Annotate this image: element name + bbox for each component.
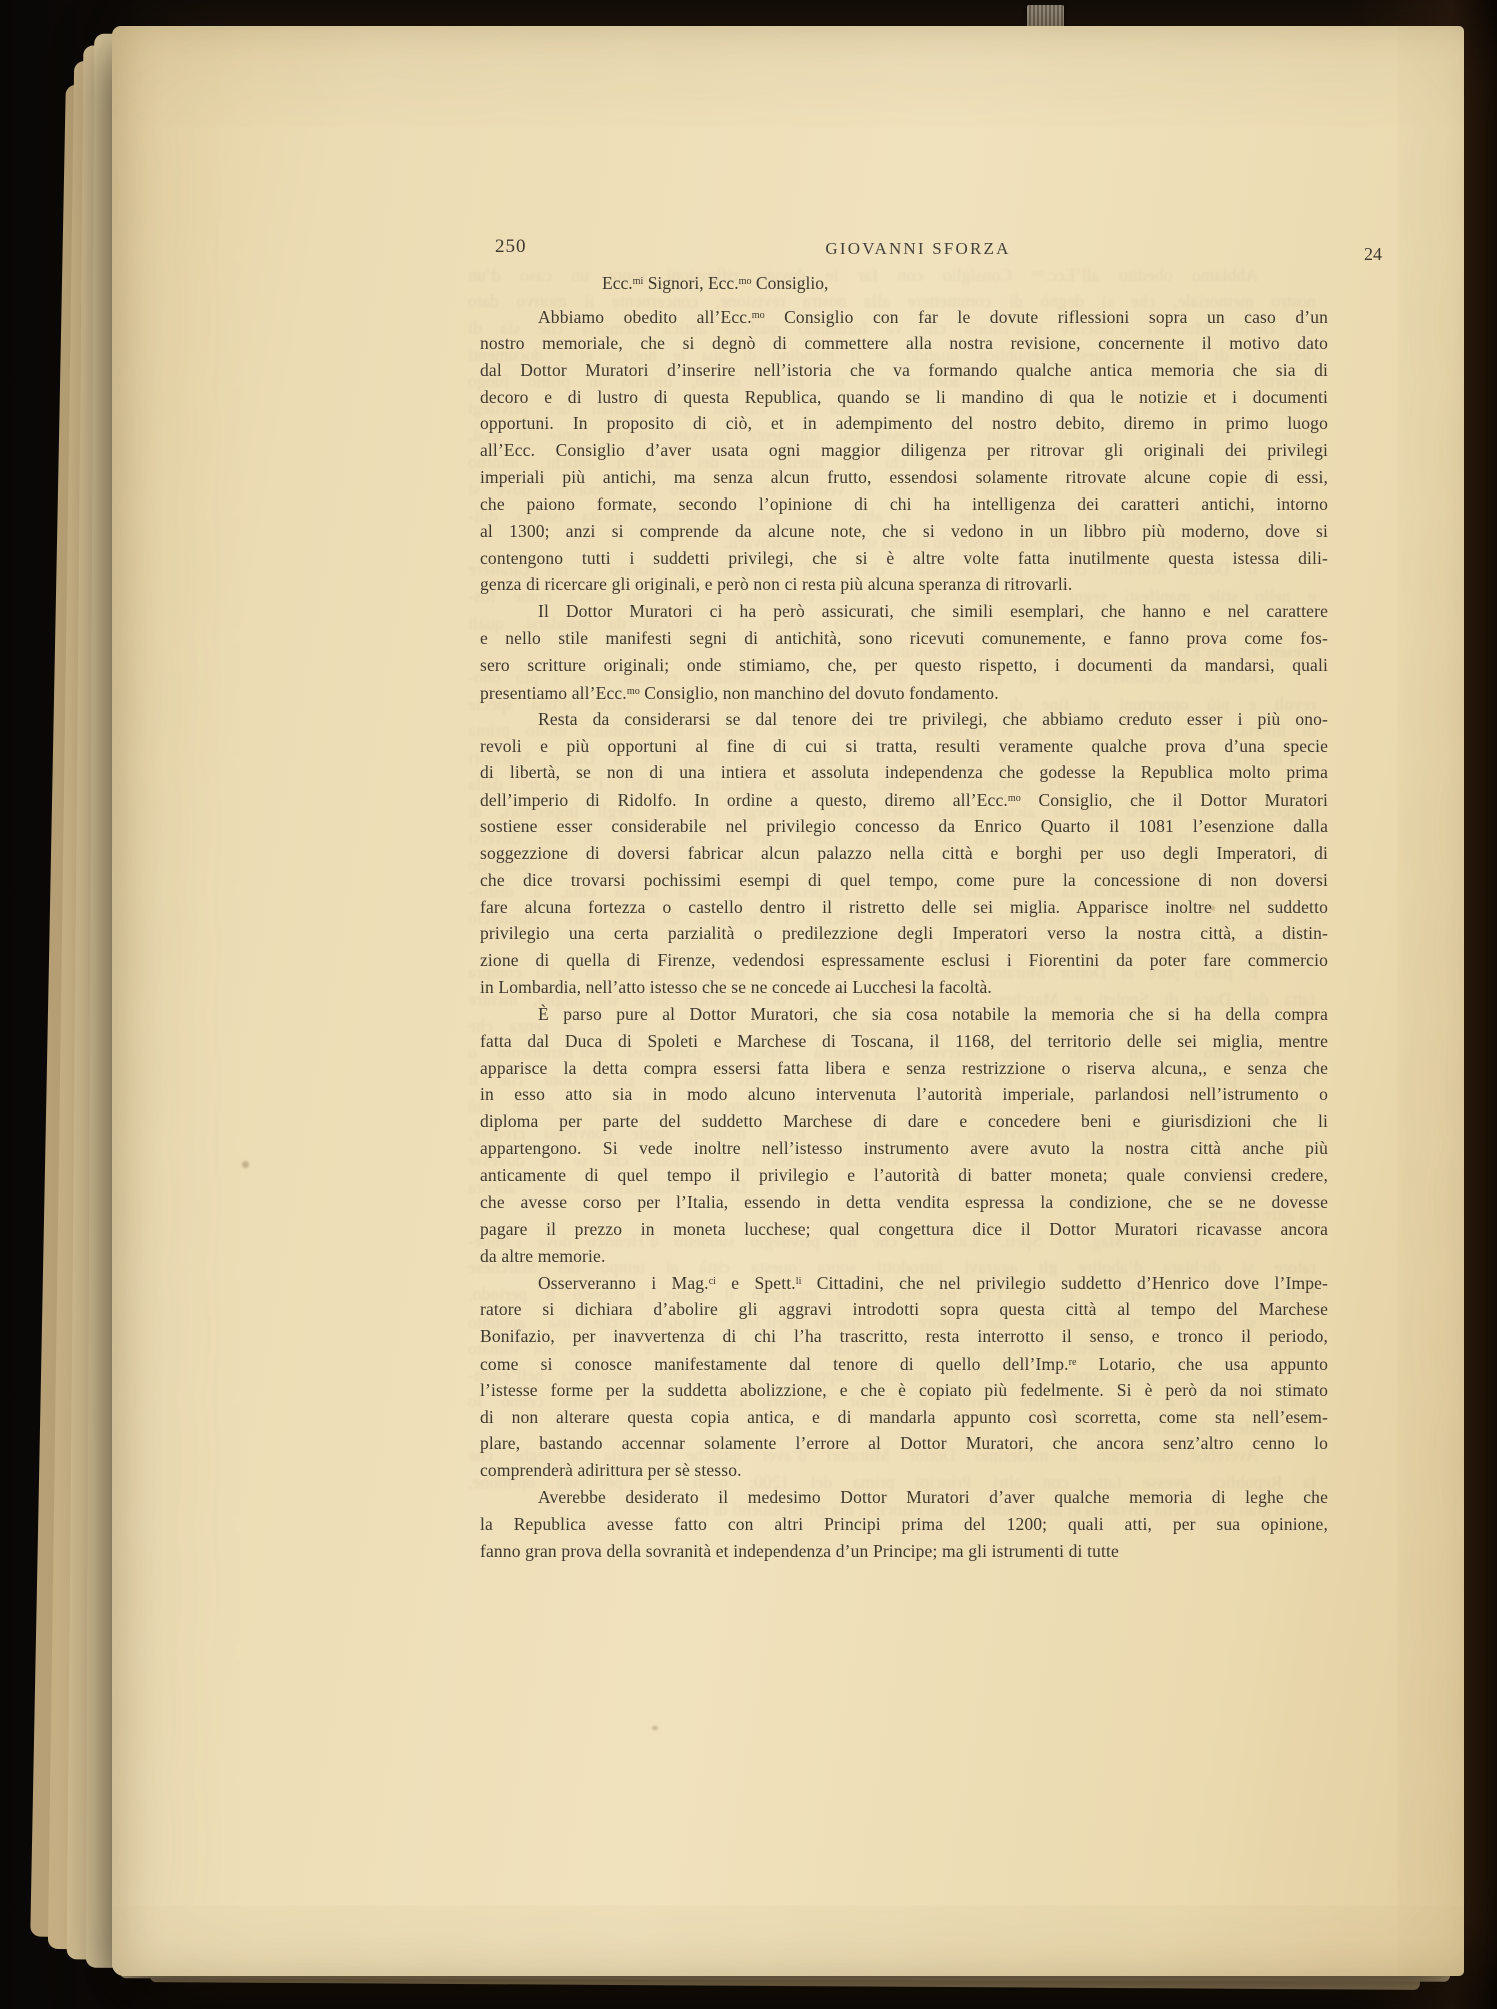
paper-speck — [242, 1161, 249, 1168]
text-line: fanno gran prova della sovranità et inde… — [480, 1538, 1328, 1565]
text-line: diploma per parte del suddetto Marchese … — [480, 1108, 1328, 1135]
text-line: sero scritture originali; onde stimiamo,… — [480, 652, 1328, 679]
text-line: sostiene esser considerabile nel privile… — [480, 813, 1328, 840]
body-text: Abbiamo obedito all’Ecc.mo Consiglio con… — [480, 303, 1328, 1565]
page-number-right: 24 — [1364, 244, 1382, 265]
text-line: che paiono formate, secondo l’opinione d… — [480, 491, 1328, 518]
text-line: da altre memorie. — [480, 1243, 1328, 1270]
text-line: decoro e di lustro di questa Republica, … — [480, 384, 1328, 411]
book-page: Abbiamo obedito all’Ecc.mo Consiglio con… — [112, 26, 1464, 1976]
text-line: Bonifazio, per inavvertenza di chi l’ha … — [480, 1323, 1328, 1350]
text-line: appartengono. Si vede inoltre nell’istes… — [480, 1135, 1328, 1162]
text-line: come si conosce manifestamente dal tenor… — [480, 1350, 1328, 1377]
paragraph: È parso pure al Dottor Muratori, che sia… — [480, 1001, 1328, 1269]
paragraph: Osserveranno i Mag.ci e Spett.li Cittadi… — [480, 1269, 1328, 1484]
scanned-book-photo: Abbiamo obedito all’Ecc.mo Consiglio con… — [0, 0, 1497, 2009]
text-line: fatta dal Duca di Spoleti e Marchese di … — [480, 1028, 1328, 1055]
text-line: che avesse corso per l’Italia, essendo i… — [480, 1189, 1328, 1216]
text-line: plare, bastando accennar solamente l’err… — [480, 1430, 1328, 1457]
text-line: apparisce la detta compra essersi fatta … — [480, 1055, 1328, 1082]
text-line: Averebbe desiderato il medesimo Dottor M… — [480, 1484, 1328, 1511]
text-line: zione di quella di Firenze, vedendosi es… — [480, 947, 1328, 974]
text-line: contengono tutti i suddetti privilegi, c… — [480, 545, 1328, 572]
text-block: 250 GIOVANNI SFORZA 24 Ecc.mi Signori, E… — [480, 236, 1328, 303]
text-line: di non alterare questa copia antica, e d… — [480, 1404, 1328, 1431]
text-line: soggezzione di doversi fabricar alcun pa… — [480, 840, 1328, 867]
paragraph: Abbiamo obedito all’Ecc.mo Consiglio con… — [480, 303, 1328, 598]
paragraph: Resta da considerarsi se dal tenore dei … — [480, 706, 1328, 1001]
text-line: e nello stile manifesti segni di antichi… — [480, 625, 1328, 652]
text-line: Abbiamo obedito all’Ecc.mo Consiglio con… — [480, 303, 1328, 330]
text-line: dell’imperio di Ridolfo. In ordine a que… — [480, 786, 1328, 813]
text-line: Resta da considerarsi se dal tenore dei … — [480, 706, 1328, 733]
text-line: che dice trovarsi pochissimi esempi di q… — [480, 867, 1328, 894]
text-line: anticamente di quel tempo il privilegio … — [480, 1162, 1328, 1189]
text-line: Il Dottor Muratori ci ha però assicurati… — [480, 598, 1328, 625]
salutation-line: Ecc.mi Signori, Ecc.mo Consiglio, — [602, 273, 828, 294]
text-line: opportuni. In proposito di ciò, et in ad… — [480, 410, 1328, 437]
text-line: Osserveranno i Mag.ci e Spett.li Cittadi… — [480, 1269, 1328, 1296]
text-line: di libertà, se non di una intiera et ass… — [480, 759, 1328, 786]
paragraph: Il Dottor Muratori ci ha però assicurati… — [480, 598, 1328, 705]
text-line: al 1300; anzi si comprende da alcune not… — [480, 518, 1328, 545]
paper-speck — [652, 1726, 658, 1730]
text-line: genza di ricercare gli originali, e però… — [480, 571, 1328, 598]
text-line: revoli e più opportuni al fine di cui si… — [480, 733, 1328, 760]
text-line: imperiali più antichi, ma senza alcun fr… — [480, 464, 1328, 491]
text-line: presentiamo all’Ecc.mo Consiglio, non ma… — [480, 679, 1328, 706]
text-line: nostro memoriale, che si degnò di commet… — [480, 330, 1328, 357]
text-line: la Republica avesse fatto con altri Prin… — [480, 1511, 1328, 1538]
text-line: dal Dottor Muratori d’inserire nell’isto… — [480, 357, 1328, 384]
text-line: pagare il prezzo in moneta lucchese; qua… — [480, 1216, 1328, 1243]
text-line: in esso atto sia in modo alcuno interven… — [480, 1081, 1328, 1108]
running-title: GIOVANNI SFORZA — [480, 239, 1328, 259]
text-line: privilegio una certa parzialità o predil… — [480, 920, 1328, 947]
text-line: fare alcuna fortezza o castello dentro i… — [480, 894, 1328, 921]
text-line: in Lombardia, nell’atto istesso che se n… — [480, 974, 1328, 1001]
text-line: È parso pure al Dottor Muratori, che sia… — [480, 1001, 1328, 1028]
text-line: all’Ecc. Consiglio d’aver usata ogni mag… — [480, 437, 1328, 464]
text-line: ratore si dichiara d’abolire gli aggravi… — [480, 1296, 1328, 1323]
text-line: comprenderà adirittura per sè stesso. — [480, 1457, 1328, 1484]
paragraph: Averebbe desiderato il medesimo Dottor M… — [480, 1484, 1328, 1565]
text-line: l’istesse forme per la suddetta abolizzi… — [480, 1377, 1328, 1404]
